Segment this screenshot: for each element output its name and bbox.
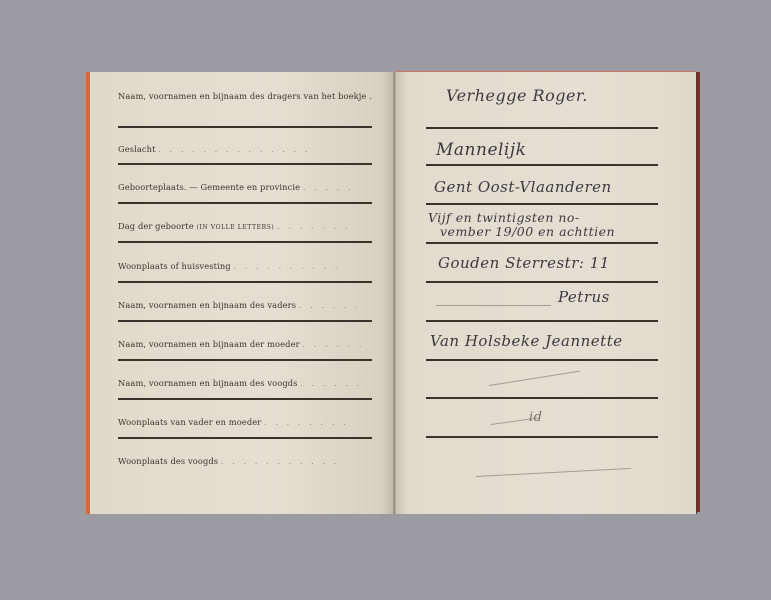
handwritten-holder-name: Verhegge Roger. [446, 86, 588, 105]
handwritten-father-name: Petrus [558, 288, 610, 306]
right-page: Verhegge Roger. Mannelijk Gent Oost-Vlaa… [396, 72, 697, 514]
rule-line [118, 241, 372, 243]
rule-line [426, 164, 658, 166]
label-birthplace: Geboorteplaats. — Gemeente en provincie … [118, 182, 354, 192]
rule-line [118, 320, 372, 322]
open-booklet: Naam, voornamen en bijnaam des dragers v… [86, 68, 700, 518]
rule-line [426, 242, 658, 244]
pencil-stroke [436, 305, 551, 306]
rule-line [118, 359, 372, 361]
rule-line [118, 281, 372, 283]
pencil-stroke [489, 371, 580, 386]
rule-line [426, 127, 658, 129]
label-guardian-name: Naam, voornamen en bijnaam des voogds . … [118, 378, 362, 388]
left-page: Naam, voornamen en bijnaam des dragers v… [90, 72, 394, 514]
rule-line [426, 203, 658, 205]
label-mother-name: Naam, voornamen en bijnaam der moeder . … [118, 339, 364, 349]
rule-line [426, 281, 658, 283]
label-father-name: Naam, voornamen en bijnaam des vaders . … [118, 300, 361, 310]
rule-line [118, 202, 372, 204]
rule-line [118, 163, 372, 165]
label-sex: Geslacht . . . . . . . . . . . . . . [118, 144, 311, 154]
handwritten-sex: Mannelijk [436, 140, 526, 160]
pencil-stroke [476, 468, 631, 477]
handwritten-parents-residence: id [529, 410, 542, 425]
label-birth-date: Dag der geboorte (IN VOLLE LETTERS) . . … [118, 221, 350, 231]
rule-line [118, 126, 372, 128]
label-guardian-residence: Woonplaats des voogds . . . . . . . . . … [118, 456, 339, 466]
rule-line [426, 320, 658, 322]
rule-line [426, 436, 658, 438]
rule-line [426, 359, 658, 361]
handwritten-birth-date-line1: Vijf en twintigsten no- [428, 211, 580, 224]
label-holder-name: Naam, voornamen en bijnaam des dragers v… [118, 91, 372, 101]
rule-line [118, 398, 372, 400]
handwritten-residence: Gouden Sterrestr: 11 [438, 254, 610, 272]
label-parents-residence: Woonplaats van vader en moeder . . . . .… [118, 417, 349, 427]
rule-line [426, 397, 658, 399]
handwritten-mother-name: Van Holsbeke Jeannette [430, 332, 623, 350]
label-residence: Woonplaats of huisvesting . . . . . . . … [118, 261, 341, 271]
handwritten-birth-date-line2: vember 19/00 en achttien [440, 225, 615, 238]
handwritten-birthplace: Gent Oost-Vlaanderen [434, 178, 612, 196]
rule-line [118, 437, 372, 439]
